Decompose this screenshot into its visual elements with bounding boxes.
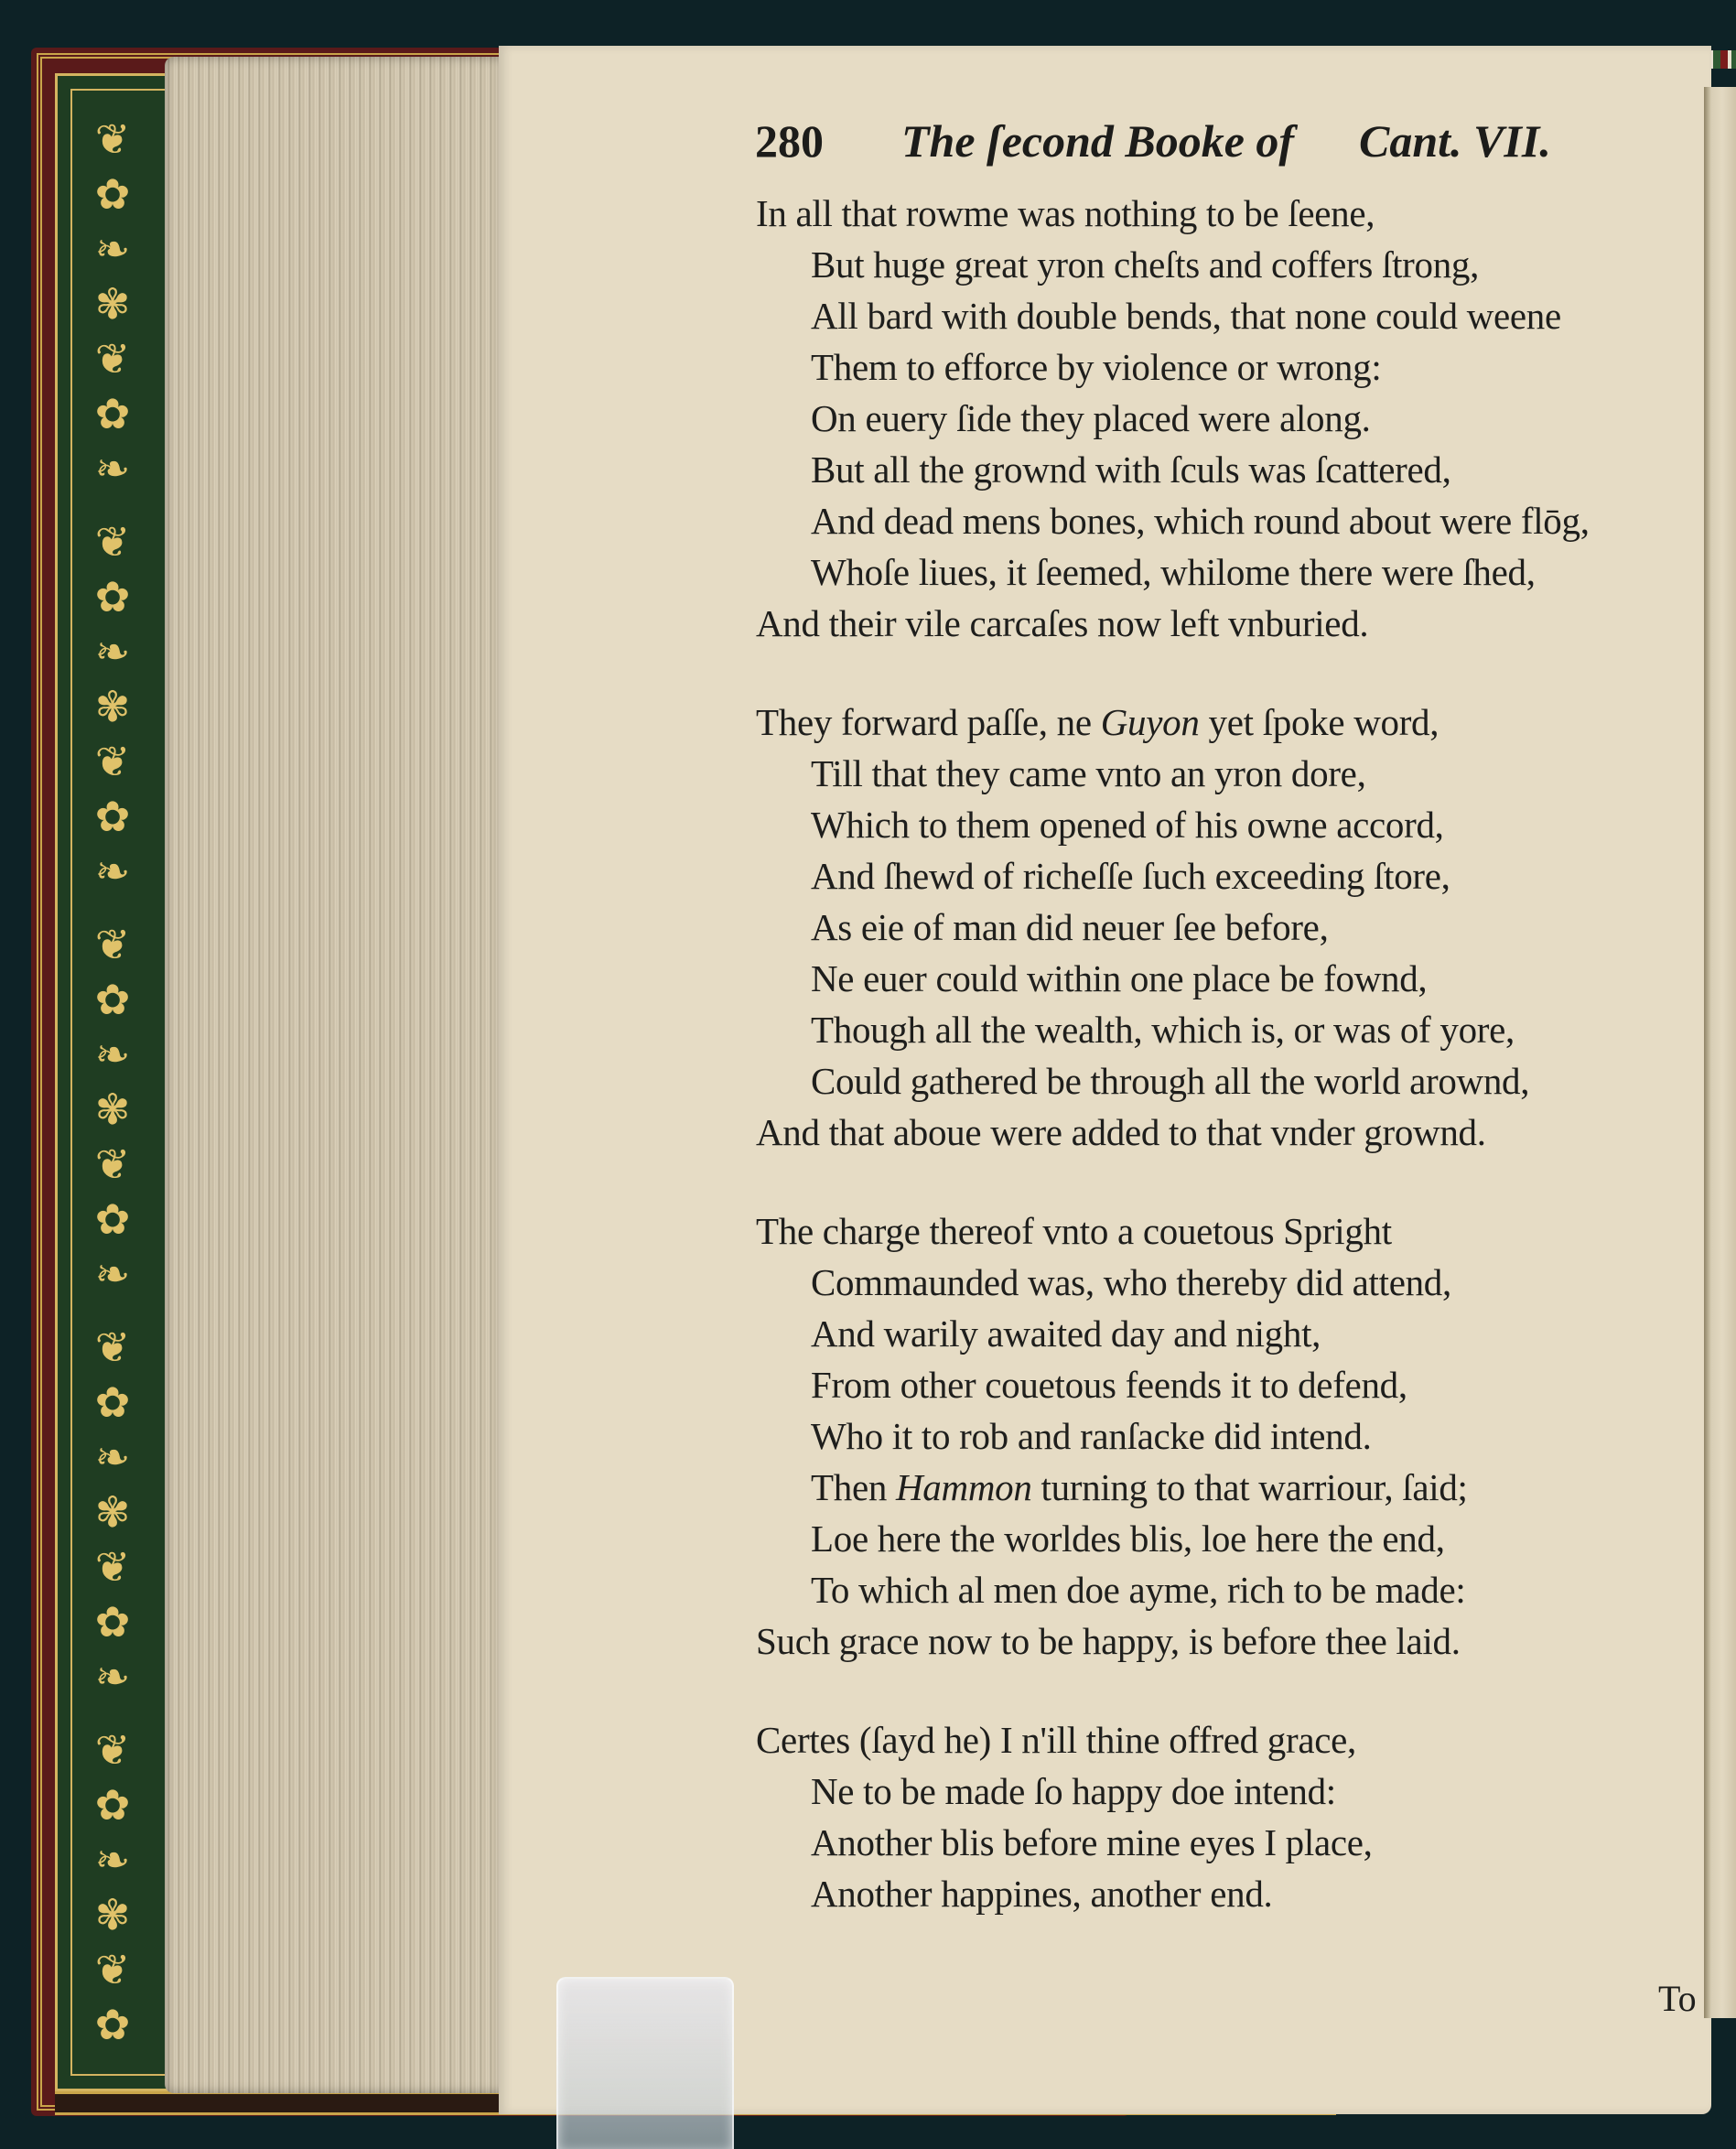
gilt-scroll-icon: ❦✿❧✾❦✿❧ [76, 515, 149, 900]
verse-line: And ſhewd of richeſſe ſuch exceeding ſto… [756, 850, 1689, 902]
verse-line: Ne euer could within one place be fownd, [756, 953, 1689, 1004]
verse-line: And warily awaited day and night, [756, 1308, 1689, 1359]
verse-line: The charge thereof vnto a couetous Sprig… [756, 1205, 1689, 1257]
verse-line: Another happines, another end. [756, 1868, 1689, 1919]
gilt-scroll-icon: ❦✿❧✾❦✿❧ [76, 918, 149, 1302]
italic-proper-name: Guyon [1101, 701, 1200, 743]
running-head: 280 The ſecond Booke of Cant. VII. [755, 114, 1670, 178]
verse-line: They forward paſſe, ne Guyon yet ſpoke w… [756, 697, 1689, 748]
green-tooled-panel: ❦✿❧✾❦✿❧ ❦✿❧✾❦✿❧ ❦✿❧✾❦✿❧ ❦✿❧✾❦✿❧ ❦✿❧✾❦✿ [55, 73, 183, 2091]
gilt-scroll-icon: ❦✿❧✾❦✿❧ [76, 113, 149, 497]
verse-line: Another blis before mine eyes I place, [756, 1817, 1689, 1868]
verse-line: But all the grownd with ſculs was ſcatte… [756, 444, 1689, 495]
verse-line: Such grace now to be happy, is before th… [756, 1615, 1689, 1667]
gilt-scroll-icon: ❦✿❧✾❦✿❧ [76, 1321, 149, 1705]
verse-line: Loe here the worldes blis, loe here the … [756, 1513, 1689, 1564]
italic-proper-name: Hammon [896, 1466, 1032, 1508]
verse-line: Commaunded was, who thereby did attend, [756, 1257, 1689, 1308]
verse-line: In all that rowme was nothing to be ſeen… [756, 188, 1689, 239]
verse-line: Whoſe liues, it ſeemed, whilome there we… [756, 546, 1689, 598]
page-number: 280 [755, 114, 824, 167]
stanza: In all that rowme was nothing to be ſeen… [756, 188, 1689, 649]
stanza: Certes (ſayd he) I n'ill thine offred gr… [756, 1714, 1689, 1919]
verse-line: But huge great yron cheſts and coffers ſ… [756, 239, 1689, 290]
stanza: They forward paſſe, ne Guyon yet ſpoke w… [756, 697, 1689, 1158]
verse-line: To which al men doe ayme, rich to be mad… [756, 1564, 1689, 1615]
verse-line: On euery ſide they placed were along. [756, 393, 1689, 444]
verse-line: Could gathered be through all the world … [756, 1055, 1689, 1107]
verse-line: Them to efforce by violence or wrong: [756, 341, 1689, 393]
verse-line: Who it to rob and ranſacke did intend. [756, 1410, 1689, 1462]
verse-line: Then Hammon turning to that warriour, ſa… [756, 1462, 1689, 1513]
verse-line: All bard with double bends, that none co… [756, 290, 1689, 341]
fore-edge-page-stack [165, 57, 503, 2093]
canto-label: Cant. VII. [1359, 114, 1551, 167]
verse-line: And their vile carcaſes now left vnburie… [756, 598, 1689, 649]
gilt-scroll-icon: ❦✿❧✾❦✿ [76, 1723, 149, 2053]
stanza: The charge thereof vnto a couetous Sprig… [756, 1205, 1689, 1667]
page-gutter-edge [1704, 87, 1736, 2018]
verse-line: Though all the wealth, which is, or was … [756, 1004, 1689, 1055]
verse-line: And that aboue were added to that vnder … [756, 1107, 1689, 1158]
verse-line: As eie of man did neuer ſee before, [756, 902, 1689, 953]
verse-line: Certes (ſayd he) I n'ill thine offred gr… [756, 1714, 1689, 1766]
running-title: The ſecond Booke of [901, 114, 1294, 167]
verse-body: In all that rowme was nothing to be ſeen… [756, 188, 1689, 1967]
verse-line: And dead mens bones, which round about w… [756, 495, 1689, 546]
verse-line: Ne to be made ſo happy doe intend: [756, 1766, 1689, 1817]
glass-page-weight [556, 1977, 734, 2149]
verse-line: Which to them opened of his owne accord, [756, 799, 1689, 850]
catchword: To [1658, 1977, 1697, 2020]
verse-line: From other couetous feends it to defend, [756, 1359, 1689, 1410]
verse-line: Till that they came vnto an yron dore, [756, 748, 1689, 799]
